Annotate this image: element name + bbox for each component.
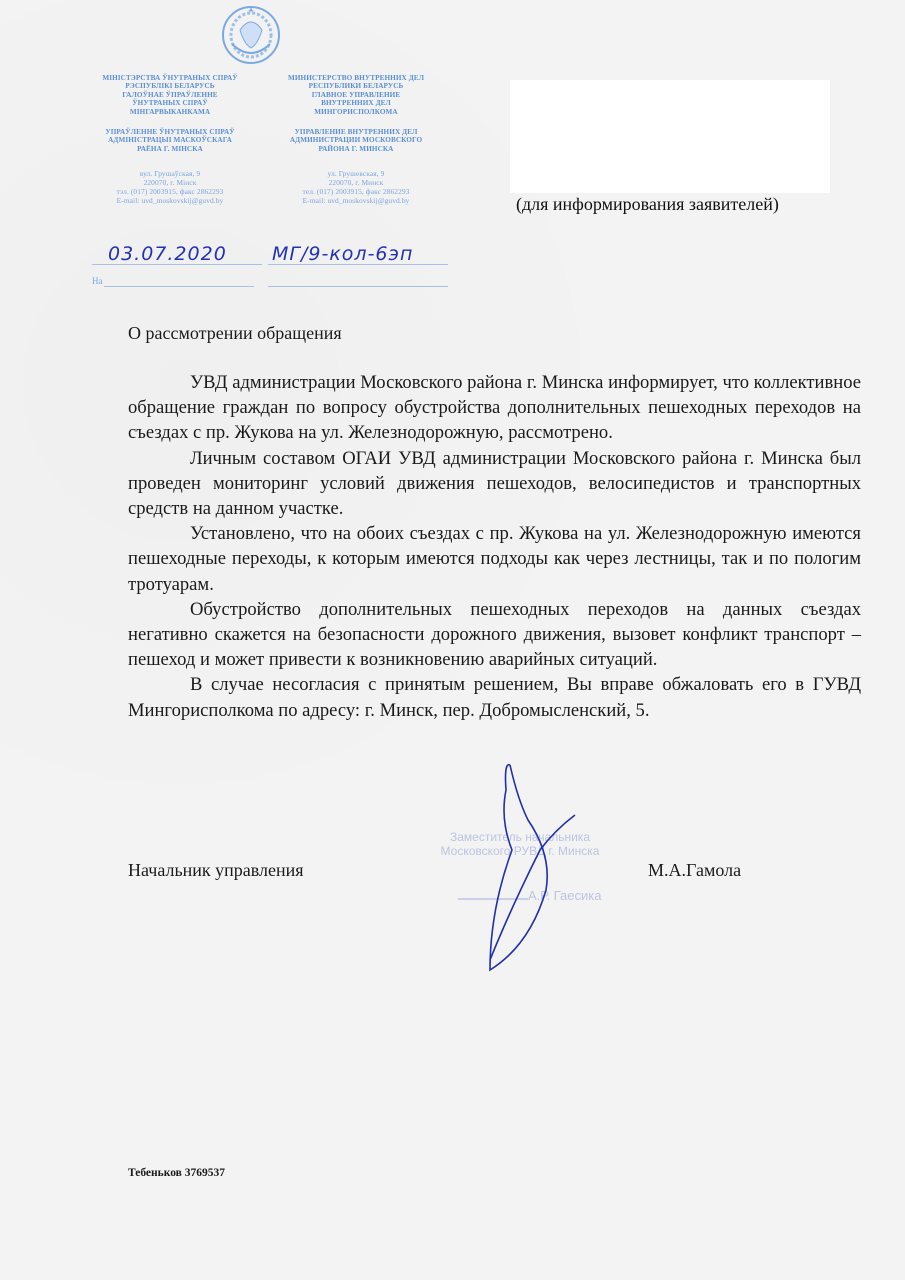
letterhead-belarusian: Міністэрства ўнутраных спраў Рэспублікі … (80, 74, 260, 205)
subject-line: О рассмотрении обращения (128, 323, 342, 344)
lh-address: 220070, г. Мінск (80, 178, 260, 187)
na-label: На (92, 276, 103, 286)
handwritten-signature-icon (470, 760, 580, 975)
lh-address: ул. Грушевская, 9 (266, 169, 446, 178)
lh-address: E-mail: uvd_moskovskij@guvd.by (266, 196, 446, 205)
paragraph: В случае несогласия с принятым решением,… (128, 672, 861, 722)
recipient-note: (для информирования заявителей) (516, 194, 779, 215)
lh-line: Міністэрства ўнутраных спраў (80, 74, 260, 82)
paragraph: Личным составом ОГАИ УВД администрации М… (128, 446, 861, 522)
lh-line: Мінгарвыканкама (80, 108, 260, 116)
lh-line: района г. Минска (266, 145, 446, 153)
lh-line: Галоўнае ўпраўленне (80, 91, 260, 99)
lh-line: Рэспублікі Беларусь (80, 82, 260, 90)
lh-address: 220070, г. Минск (266, 178, 446, 187)
paragraph: УВД администрации Московского района г. … (128, 370, 861, 446)
handwritten-number: МГ/9-кол-6эп (272, 243, 413, 265)
lh-line: Республики Беларусь (266, 82, 446, 90)
lh-address: тэл. (017) 2003915, факс 2862293 (80, 187, 260, 196)
redacted-recipient (510, 80, 830, 193)
lh-line: Мингорисполкома (266, 108, 446, 116)
lh-line: Главное управление (266, 91, 446, 99)
lh-address: тел. (017) 2003915, факс 2862293 (266, 187, 446, 196)
lh-address: E-mail: uvd_moskovskij@guvd.by (80, 196, 260, 205)
signatory-title: Начальник управления (128, 860, 304, 881)
letterhead-russian: Министерство внутренних дел Республики Б… (266, 74, 446, 205)
handwritten-date: 03.07.2020 (108, 243, 227, 265)
executor-contact: Тебеньков 3769537 (128, 1167, 225, 1179)
paragraph: Обустройство дополнительных пешеходных п… (128, 597, 861, 673)
lh-line: ўнутраных спраў (80, 99, 260, 107)
lh-address: вул. Грушаўская, 9 (80, 169, 260, 178)
lh-line: внутренних дел (266, 99, 446, 107)
lh-line: адміністрацыі Маскоўскага (80, 136, 260, 144)
lh-line: Министерство внутренних дел (266, 74, 446, 82)
lh-line: Управление внутренних дел (266, 128, 446, 136)
lh-line: администрации Московского (266, 136, 446, 144)
na-underline (104, 286, 254, 287)
coat-of-arms-icon (218, 4, 284, 66)
letter-body: УВД администрации Московского района г. … (128, 370, 861, 723)
lh-line: раёна г. Мінска (80, 145, 260, 153)
na-underline-2 (268, 286, 448, 287)
document-page: Міністэрства ўнутраных спраў Рэспублікі … (0, 0, 905, 1280)
paragraph: Установлено, что на обоих съездах с пр. … (128, 521, 861, 597)
signatory-name: М.А.Гамола (648, 860, 741, 881)
